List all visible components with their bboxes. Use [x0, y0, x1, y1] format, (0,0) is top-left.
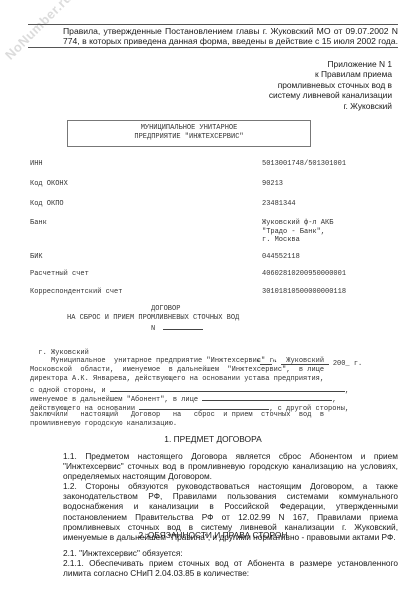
- notice-text: Правила, утвержденные Постановлением гла…: [28, 26, 398, 46]
- requisite-value: 23481344: [262, 200, 296, 209]
- requisite-label: БИК: [30, 253, 43, 262]
- org-line-1: МУНИЦИПАЛЬНОЕ УНИТАРНОЕ: [68, 124, 310, 133]
- clause-1-1: 1.1. Предметом настоящего Договора являе…: [28, 451, 398, 482]
- section-2-paragraph-2: 2.1.1. Обеспечивать прием сточных вод от…: [28, 558, 398, 578]
- requisite-label: Банк: [30, 219, 47, 228]
- subscriber-name-blank[interactable]: [110, 384, 345, 392]
- clause-2-1-1: 2.1.1. Обеспечивать прием сточных вод от…: [28, 558, 398, 578]
- appendix-line-2: к Правилам приема: [222, 69, 392, 79]
- org-line-2: ПРЕДПРИЯТИЕ "ИНЖТЕХСЕРВИС": [68, 133, 310, 142]
- document-notice: Правила, утвержденные Постановлением гла…: [28, 26, 398, 46]
- preamble-line-1: Муниципальное унитарное предприятие "Инж…: [30, 357, 398, 366]
- contract-city: г. Жуковский: [38, 349, 88, 357]
- top-rule: [28, 24, 398, 25]
- requisite-label: Корреспондентский счет: [30, 288, 122, 297]
- requisite-label: Код ОКПО: [30, 200, 64, 209]
- organization-name-box: МУНИЦИПАЛЬНОЕ УНИТАРНОЕ ПРЕДПРИЯТИЕ "ИНЖ…: [67, 120, 311, 147]
- requisite-value: 5013001748/501301001: [262, 160, 346, 169]
- appendix-header: Приложение N 1 к Правилам приема промлив…: [222, 59, 392, 111]
- requisite-label: Код ОКОНХ: [30, 180, 68, 189]
- section-2-paragraph-1: 2.1. "Инжтехсервис" обязуется:: [28, 548, 398, 558]
- contract-number-label: N: [151, 325, 155, 333]
- section-2-heading: 2. ОБЯЗАННОСТИ И ПРАВА СТОРОН: [28, 530, 398, 540]
- requisite-value: 044552118: [262, 253, 300, 262]
- requisite-label: Расчетный счет: [30, 270, 89, 279]
- contract-title-line-1: ДОГОВОР: [151, 305, 180, 314]
- section-1-paragraph-1: 1.1. Предметом настоящего Договора являе…: [28, 451, 398, 482]
- requisite-value: 30101810500000000118: [262, 288, 346, 297]
- requisite-label: ИНН: [30, 160, 43, 169]
- clause-2-1: 2.1. "Инжтехсервис" обязуется:: [28, 548, 398, 558]
- preamble-line-3: директора А.К. Январева, действующего на…: [30, 375, 398, 384]
- section-1-heading: 1. ПРЕДМЕТ ДОГОВОРА: [28, 434, 398, 444]
- notice-bottom-rule: [28, 47, 398, 48]
- preamble-line-7: заключили настоящий Договор на сброс и п…: [30, 411, 398, 420]
- requisite-value: 90213: [262, 180, 283, 189]
- appendix-line-4: систему ливневой канализации: [222, 90, 392, 100]
- requisite-value: 40602810200950000001: [262, 270, 346, 279]
- preamble-line-8: промливневую городскую канализацию.: [30, 420, 398, 429]
- contract-number-blank[interactable]: [163, 322, 203, 330]
- appendix-line-3: промливневых сточных вод в: [222, 80, 392, 90]
- appendix-line-1: Приложение N 1: [222, 59, 392, 69]
- contract-number-line: N: [151, 322, 203, 334]
- basis-document-blank[interactable]: [139, 402, 269, 410]
- appendix-line-5: г. Жуковский: [222, 101, 392, 111]
- subscriber-representative-blank[interactable]: [202, 393, 332, 401]
- contract-title-line-2: НА СБРОС И ПРИЕМ ПРОМЛИВНЕВЫХ СТОЧНЫХ ВО…: [67, 314, 239, 323]
- preamble-line-2: Московской области, именуемое в дальнейш…: [30, 366, 398, 375]
- requisite-value: Жуковский ф-л АКБ "Традо - Банк", г. Мос…: [262, 219, 333, 245]
